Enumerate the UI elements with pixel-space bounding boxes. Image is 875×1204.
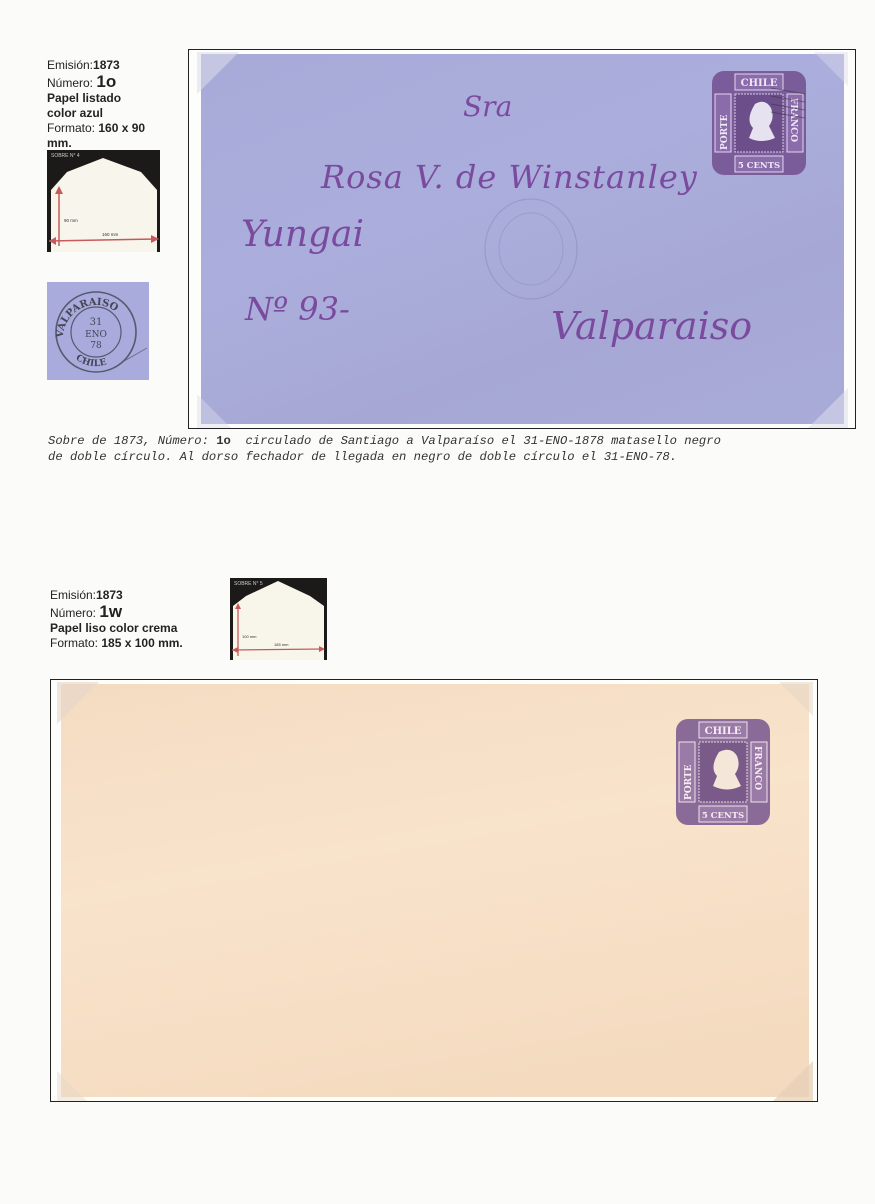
formato-label: Formato: bbox=[47, 121, 95, 135]
paper-line: Papel liso color crema bbox=[50, 621, 183, 636]
svg-text:5 CENTS: 5 CENTS bbox=[738, 161, 780, 171]
paper-line: color azul bbox=[47, 106, 145, 121]
photo-corner bbox=[197, 394, 231, 428]
envelope-size-diagram: SOBRE N° 4 90 mm 160 mm bbox=[47, 150, 160, 252]
caption-line-1: Sobre de 1873, Número: 1o circulado de S… bbox=[48, 433, 721, 449]
envelope-2[interactable]: CHILE PORTE FRANCO 5 CENTS bbox=[61, 684, 809, 1097]
envelope-1-frame: Sra Rosa V. de Winstanley Yungai Nº 93- … bbox=[188, 49, 856, 429]
caption-text: circulado de Santiago a Valparaíso el 31… bbox=[231, 434, 721, 448]
address-city: Valparaiso bbox=[551, 304, 752, 348]
postmark-thumbnail: VALPARAISO CHILE 31 ENO 78 bbox=[47, 282, 149, 380]
photo-corner bbox=[773, 1061, 813, 1101]
item1-spec: Emisión:1873 Número: 1o Papel listado co… bbox=[47, 58, 145, 151]
paper-line: Papel listado bbox=[47, 91, 145, 106]
address-number: Nº 93- bbox=[245, 290, 350, 328]
formato-value: 185 x 100 mm. bbox=[101, 636, 182, 650]
numero-label: Número: bbox=[50, 606, 96, 620]
photo-corner bbox=[814, 52, 848, 86]
photo-corner bbox=[779, 682, 813, 716]
numero-value: 1w bbox=[99, 602, 122, 621]
paper-desc-1: Papel listado bbox=[47, 91, 121, 105]
formato-label: Formato: bbox=[50, 636, 98, 650]
svg-text:PORTE: PORTE bbox=[720, 114, 730, 150]
emision-label: Emisión: bbox=[50, 588, 96, 602]
formato-line: Formato: 160 x 90 bbox=[47, 121, 145, 136]
svg-text:90 mm: 90 mm bbox=[64, 218, 78, 223]
numero-label: Número: bbox=[47, 76, 93, 90]
photo-corner bbox=[808, 388, 848, 428]
photo-corner bbox=[57, 1071, 87, 1101]
emision-line: Emisión:1873 bbox=[47, 58, 145, 73]
envelope-1[interactable]: Sra Rosa V. de Winstanley Yungai Nº 93- … bbox=[201, 54, 844, 424]
paper-desc-1: Papel liso color crema bbox=[50, 621, 177, 635]
svg-text:100 mm: 100 mm bbox=[242, 634, 257, 639]
faint-circle-postmark-icon bbox=[481, 194, 581, 304]
emision-value: 1873 bbox=[93, 58, 120, 72]
address-name: Rosa V. de Winstanley bbox=[321, 158, 698, 196]
address-street: Yungai bbox=[241, 214, 364, 255]
envelope-outline-icon: 90 mm 160 mm bbox=[47, 150, 160, 252]
paper-desc-2: color azul bbox=[47, 106, 103, 120]
photo-corner bbox=[57, 682, 99, 724]
formato-value: 160 x 90 bbox=[98, 121, 145, 135]
numero-line: Número: 1w bbox=[50, 604, 183, 621]
item2-spec: Emisión:1873 Número: 1w Papel liso color… bbox=[50, 588, 183, 651]
svg-text:FRANCO: FRANCO bbox=[788, 98, 798, 142]
caption-line-2: de doble círculo. Al dorso fechador de l… bbox=[48, 449, 721, 465]
svg-text:CHILE: CHILE bbox=[741, 78, 778, 89]
formato-unit: mm. bbox=[47, 136, 72, 150]
photo-corner bbox=[197, 52, 239, 94]
svg-text:5 CENTS: 5 CENTS bbox=[702, 811, 744, 821]
address-salutation: Sra bbox=[463, 90, 512, 123]
envelope-size-diagram: SOBRE N° 5 100 mm 185 mm bbox=[230, 578, 327, 660]
formato-line: Formato: 185 x 100 mm. bbox=[50, 636, 183, 651]
svg-text:78: 78 bbox=[90, 341, 102, 351]
stamp-indicium-icon: CHILE PORTE FRANCO 5 CENTS bbox=[675, 718, 771, 826]
formato-unit-line: mm. bbox=[47, 136, 145, 151]
svg-text:31: 31 bbox=[90, 317, 103, 328]
caption-text: Sobre de 1873, Número: bbox=[48, 434, 216, 448]
numero-line: Número: 1o bbox=[47, 74, 145, 91]
svg-text:PORTE: PORTE bbox=[684, 764, 694, 800]
postmark-icon: VALPARAISO CHILE 31 ENO 78 bbox=[47, 282, 149, 380]
stamp-indicium-icon: CHILE PORTE FRANCO 5 CENTS bbox=[711, 70, 807, 176]
envelope-outline-icon: 100 mm 185 mm bbox=[230, 578, 327, 660]
svg-text:185 mm: 185 mm bbox=[274, 642, 289, 647]
emision-line: Emisión:1873 bbox=[50, 588, 183, 603]
envelope-2-frame: CHILE PORTE FRANCO 5 CENTS bbox=[50, 679, 818, 1102]
emision-value: 1873 bbox=[96, 588, 123, 602]
svg-text:160 mm: 160 mm bbox=[102, 232, 119, 237]
numero-value: 1o bbox=[96, 72, 116, 91]
caption-number: 1o bbox=[216, 434, 231, 448]
svg-text:FRANCO: FRANCO bbox=[752, 746, 762, 790]
svg-text:CHILE: CHILE bbox=[705, 726, 742, 737]
item1-caption: Sobre de 1873, Número: 1o circulado de S… bbox=[48, 433, 721, 465]
svg-text:ENO: ENO bbox=[85, 330, 107, 340]
emision-label: Emisión: bbox=[47, 58, 93, 72]
